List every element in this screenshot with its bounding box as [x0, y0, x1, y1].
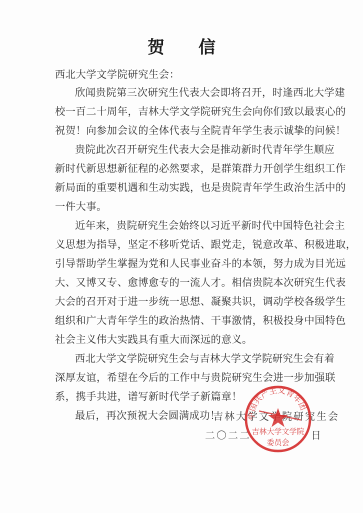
body-line: 新时代新思想新征程的必然要求，是群策群力开创学生组织工作	[55, 164, 319, 176]
body-line: 西北大学文学院研究生会与吉林大学文学院研究生会有着	[75, 354, 319, 366]
seal-middle-text: 吉林大学文学院	[252, 426, 305, 436]
letter-page: 贺 信 西北大学文学院研究生会： 欣闻贵院第三次研究生代表大会即将召开，时逢西北…	[0, 0, 363, 513]
body-line: 组织和广大青年学生的政治热情、干事激情，积极投身中国特色	[55, 316, 319, 328]
body-line: 贵院此次召开研究生代表大会是推动新时代青年学生顺应	[75, 145, 319, 157]
body-line: 祝贺！向参加会议的全体代表与全院青年学生表示诚挚的问候！	[55, 126, 319, 138]
body-line: 义思想为指导，坚定不移听党话、跟党走，锐意改革、积极进取，	[55, 240, 319, 252]
body-line: 校一百二十周年，吉林大学文学院研究生会向你们致以最衷心的	[55, 107, 319, 119]
letter-title: 贺 信	[0, 33, 363, 58]
body-line: 社会主义伟大实践具有重大而深远的意义。	[55, 335, 319, 347]
body-line: 欣闻贵院第三次研究生代表大会即将召开，时逢西北大学建	[75, 88, 319, 100]
body-line: 引导帮助学生掌握为党和人民事业奋斗的本领，努力成为目光远	[55, 259, 319, 271]
official-seal-stamp: 中国共产主义青年团 吉林大学文学院 委员会	[243, 384, 313, 454]
body-line: 大会的召开对于进一步统一思想、凝聚共识，调动学校各级学生	[55, 297, 319, 309]
body-line: 新局面的重要机遇和生动实践，也是贵院青年学生政治生活中的	[55, 183, 319, 195]
body-line: 近年来，贵院研究生会始终以习近平新时代中国特色社会主	[75, 221, 319, 233]
salutation: 西北大学文学院研究生会：	[55, 70, 319, 82]
seal-bottom-text: 委员会	[267, 437, 290, 447]
star-icon	[268, 408, 288, 427]
body-line: 大、又博又专、愈博愈专的一流人才。相信贵院本次研究生代表	[55, 278, 319, 290]
body-line: 一件大事。	[55, 202, 319, 214]
